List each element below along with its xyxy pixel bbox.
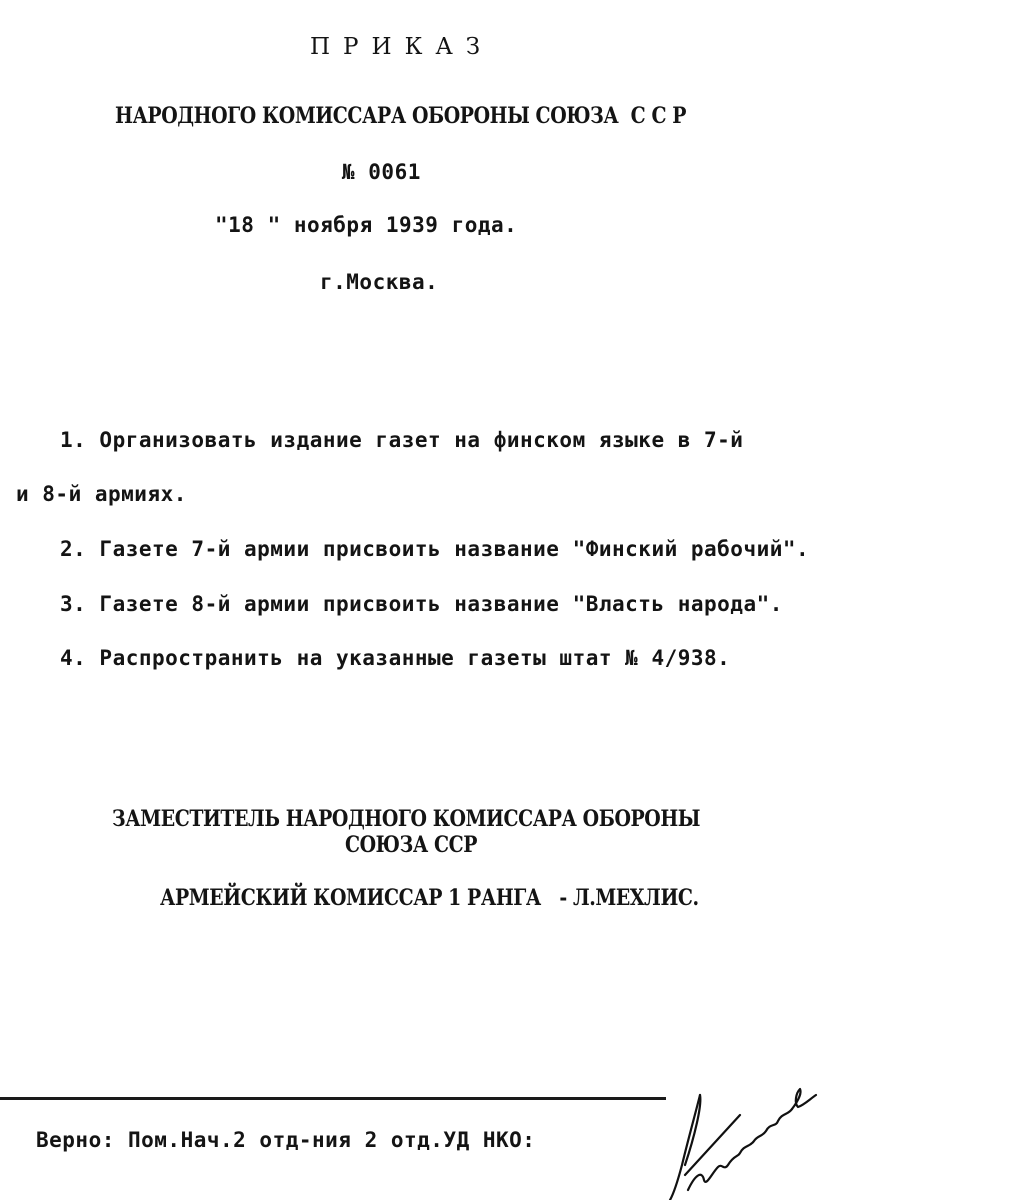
handwritten-signature [640,1075,840,1200]
divider-line [0,1097,666,1100]
list-item: 4. Распространить на указанные газеты шт… [60,646,730,670]
document-title: ПРИКАЗ [310,34,493,60]
order-date: "18 " ноября 1939 года. [215,213,517,237]
order-city: г.Москва. [320,270,438,294]
list-item: 3. Газете 8-й армии присвоить название "… [60,592,783,616]
signatory-rank-name: АРМЕЙСКИЙ КОМИССАР 1 РАНГА - Л.МЕХЛИС. [160,885,699,911]
list-item-continuation: и 8-й армиях. [16,482,187,506]
signatory-position-cont: СОЮЗА ССР [345,832,477,858]
signatory-position: ЗАМЕСТИТЕЛЬ НАРОДНОГО КОМИССАРА ОБОРОНЫ [112,806,700,832]
certification-text: Верно: Пом.Нач.2 отд-ния 2 отд.УД НКО: [36,1128,535,1152]
order-number: № 0061 [342,160,421,184]
list-item: 2. Газете 7-й армии присвоить название "… [60,537,809,561]
list-item: 1. Организовать издание газет на финском… [60,428,743,452]
document-subtitle: НАРОДНОГО КОМИССАРА ОБОРОНЫ СОЮЗА С С Р [115,103,686,129]
